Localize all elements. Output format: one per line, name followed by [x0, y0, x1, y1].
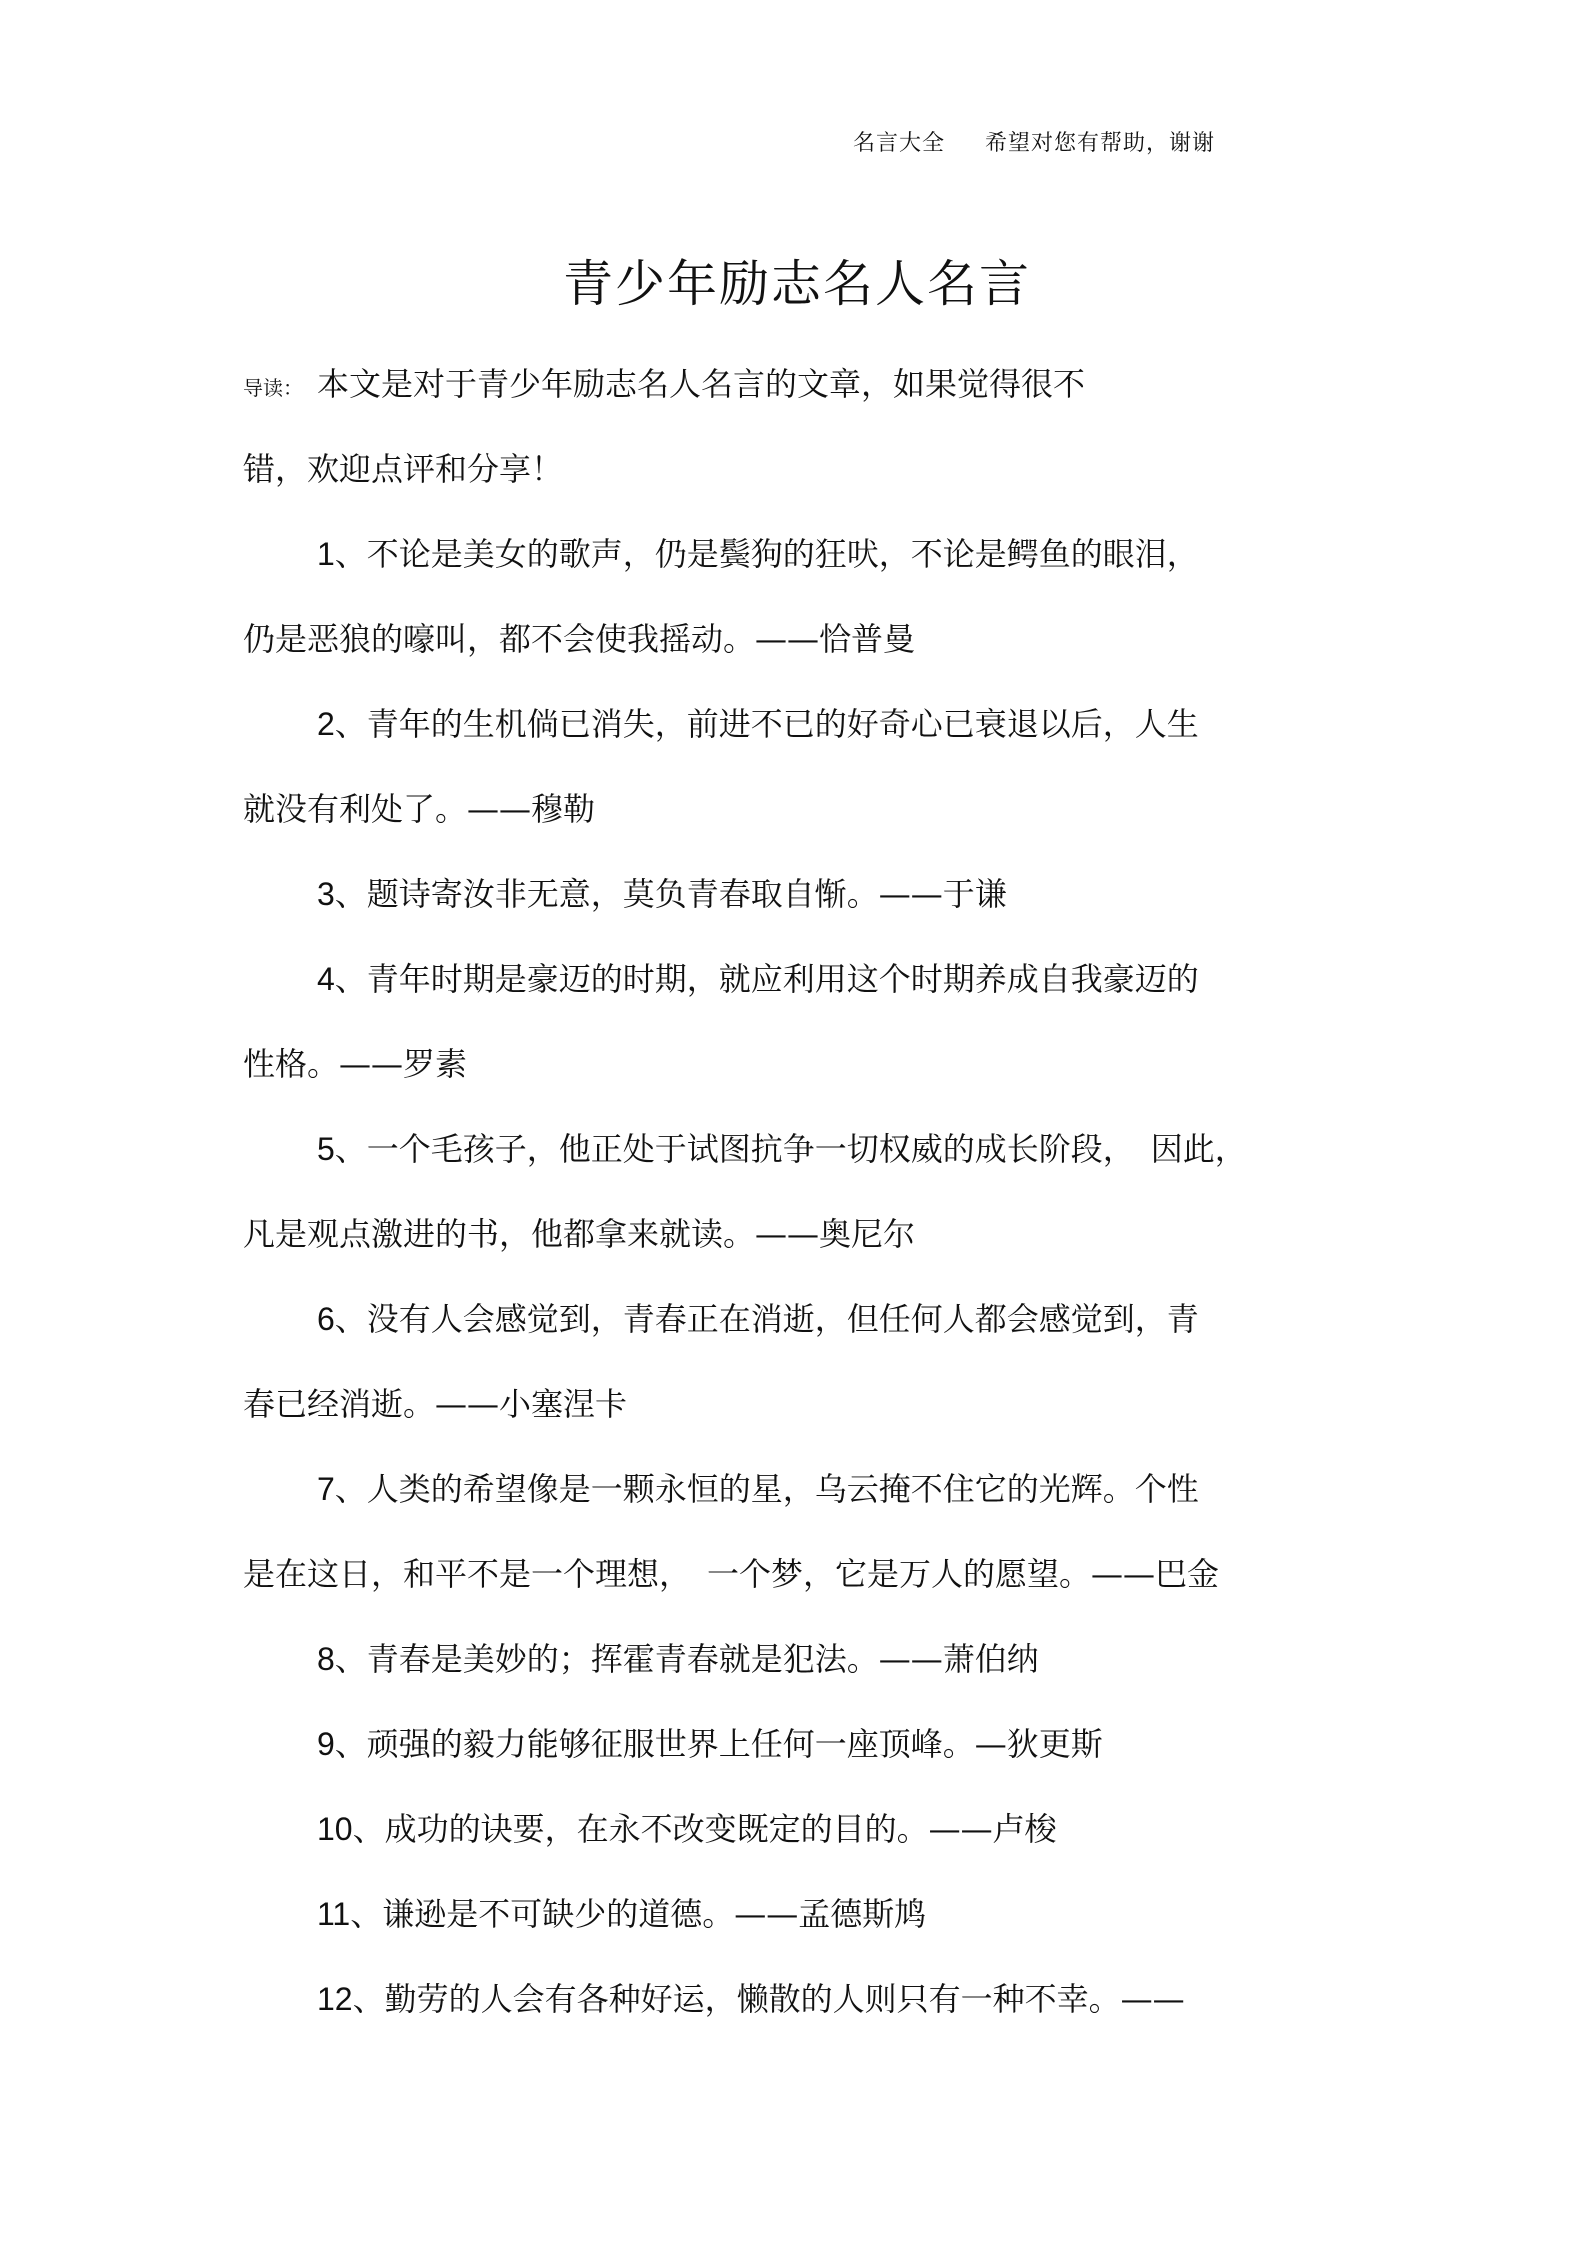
quote-10: 10、成功的诀要，在永不改变既定的目的。——卢梭 — [243, 1787, 1353, 1872]
quote-6: 6、没有人会感觉到，青春正在消逝，但任何人都会感觉到，青 — [243, 1277, 1353, 1362]
quote-7-cont: 是在这日，和平不是一个理想， 一个梦，它是万人的愿望。——巴金 — [243, 1532, 1353, 1617]
quote-5: 5、一个毛孩子，他正处于试图抗争一切权威的成长阶段， 因此， — [243, 1107, 1353, 1192]
document-body: 导读：本文是对于青少年励志名人名言的文章，如果觉得很不 错，欢迎点评和分享！ 1… — [243, 342, 1353, 2042]
quote-4: 4、青年时期是豪迈的时期，就应利用这个时期养成自我豪迈的 — [243, 937, 1353, 1022]
quote-12: 12、勤劳的人会有各种好运，懒散的人则只有一种不幸。—— — [243, 1957, 1353, 2042]
quote-1: 1、不论是美女的歌声，仍是鬓狗的狂吠，不论是鳄鱼的眼泪， — [243, 512, 1353, 597]
quote-2: 2、青年的生机倘已消失，前进不已的好奇心已衰退以后，人生 — [243, 682, 1353, 767]
quote-9: 9、顽强的毅力能够征服世界上任何一座顶峰。—狄更斯 — [243, 1702, 1353, 1787]
header-left: 名言大全 — [853, 131, 945, 156]
quote-1-cont: 仍是恶狼的嚎叫，都不会使我摇动。——恰普曼 — [243, 597, 1353, 682]
page-header: 名言大全希望对您有帮助，谢谢 — [853, 126, 1215, 157]
quote-5-cont: 凡是观点激进的书，他都拿来就读。——奥尼尔 — [243, 1192, 1353, 1277]
quote-3: 3、题诗寄汝非无意，莫负青春取自惭。——于谦 — [243, 852, 1353, 937]
lead-line-1: 导读：本文是对于青少年励志名人名言的文章，如果觉得很不 — [243, 342, 1353, 427]
lead-line-2: 错，欢迎点评和分享！ — [243, 427, 1353, 512]
quote-4-cont: 性格。——罗素 — [243, 1022, 1353, 1107]
quote-7: 7、人类的希望像是一颗永恒的星，乌云掩不住它的光辉。个性 — [243, 1447, 1353, 1532]
quote-11: 11、谦逊是不可缺少的道德。——孟德斯鸠 — [243, 1872, 1353, 1957]
quote-6-cont: 春已经消逝。——小塞涅卡 — [243, 1362, 1353, 1447]
header-right: 希望对您有帮助，谢谢 — [985, 131, 1215, 156]
document-title: 青少年励志名人名言 — [0, 244, 1594, 316]
lead-label: 导读： — [243, 376, 303, 400]
quote-8: 8、青春是美妙的；挥霍青春就是犯法。——萧伯纳 — [243, 1617, 1353, 1702]
quote-2-cont: 就没有利处了。——穆勒 — [243, 767, 1353, 852]
